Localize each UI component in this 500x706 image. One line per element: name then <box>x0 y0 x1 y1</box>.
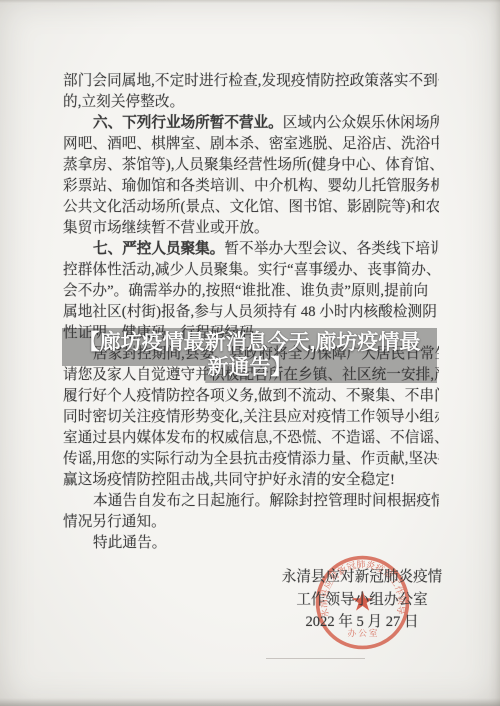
document-line: 赢这场疫情防控阻击战,共同守护好永清的安全稳定! <box>63 470 439 491</box>
scanned-notice-page: 部门会同属地,不定时进行检查,发现疫情防控政策落实不到位的,立刻关停整改。六、下… <box>0 0 500 706</box>
signature-block: 永清县应对新冠肺炎疫情 工作领导小组办公室 2022 年 5 月 27 日 <box>281 566 443 634</box>
document-line: 属地社区(村街)报备,参与人员须持有 48 小时内核酸检测阴 <box>63 302 439 323</box>
document-line: 本通告自发布之日起施行。解除封控管理时间根据疫情防控 <box>63 491 439 512</box>
document-line: 控群体性活动,减少人员聚集。实行“喜事缓办、丧事简办、宴 <box>63 260 439 281</box>
signature-date: 2022 年 5 月 27 日 <box>281 611 443 634</box>
document-line: 蒸拿房、茶馆等),人员聚集经营性场所(健身中心、体育馆、 <box>63 155 439 176</box>
document-line: 会不办”。确需举办的,按照“谁批准、谁负责”原则,提前向 <box>63 281 439 302</box>
document-line: 七、严控人员聚集。暂不举办大型会议、各类线下培训,严 <box>63 239 439 260</box>
page-bottom-shadow <box>0 698 500 706</box>
document-line: 集贸市场继续暂不营业或开放。 <box>63 218 439 239</box>
notice-body-text: 部门会同属地,不定时进行检查,发现疫情防控政策落实不到位的,立刻关停整改。六、下… <box>63 71 439 554</box>
signature-org-line-1: 永清县应对新冠肺炎疫情 <box>281 566 443 589</box>
document-line: 的,立刻关停整改。 <box>63 92 439 113</box>
document-line: 六、下列行业场所暂不营业。区域内公众娱乐休闲场所(KTV、 <box>63 113 439 134</box>
document-line: 特此通告。 <box>63 533 439 554</box>
document-line: 部门会同属地,不定时进行检查,发现疫情防控政策落实不到位 <box>63 71 439 92</box>
caption-line-1: 【廊坊疫情最新消息今天,廊坊疫情最 <box>79 330 421 355</box>
document-line: 公共文化活动场所(景点、文化馆、图书馆、影剧院等)和农村 <box>63 197 439 218</box>
caption-line-2: 新通告】 <box>208 355 292 380</box>
fold-line <box>266 658 365 659</box>
document-line: 网吧、酒吧、棋牌室、剧本杀、密室逃脱、足浴店、洗浴中心、 <box>63 134 439 155</box>
signature-org-line-2: 工作领导小组办公室 <box>281 589 443 612</box>
document-line: 室通过县内媒体发布的权威信息,不恐慌、不造谣、不信谣、不 <box>63 428 439 449</box>
document-line: 同时密切关注疫情形势变化,关注县应对疫情工作领导小组办公 <box>63 407 439 428</box>
document-line: 情况另行通知。 <box>63 512 439 533</box>
document-line: 彩票站、瑜伽馆和各类培训、中介机构、婴幼儿托管服务机构等)、 <box>63 176 439 197</box>
document-line: 传谣,用您的实际行动为全县抗击疫情添力量、作贡献,坚决打 <box>63 449 439 470</box>
document-line: 履行好个人疫情防控各项义务,做到不流动、不聚集、不串门, <box>63 386 439 407</box>
